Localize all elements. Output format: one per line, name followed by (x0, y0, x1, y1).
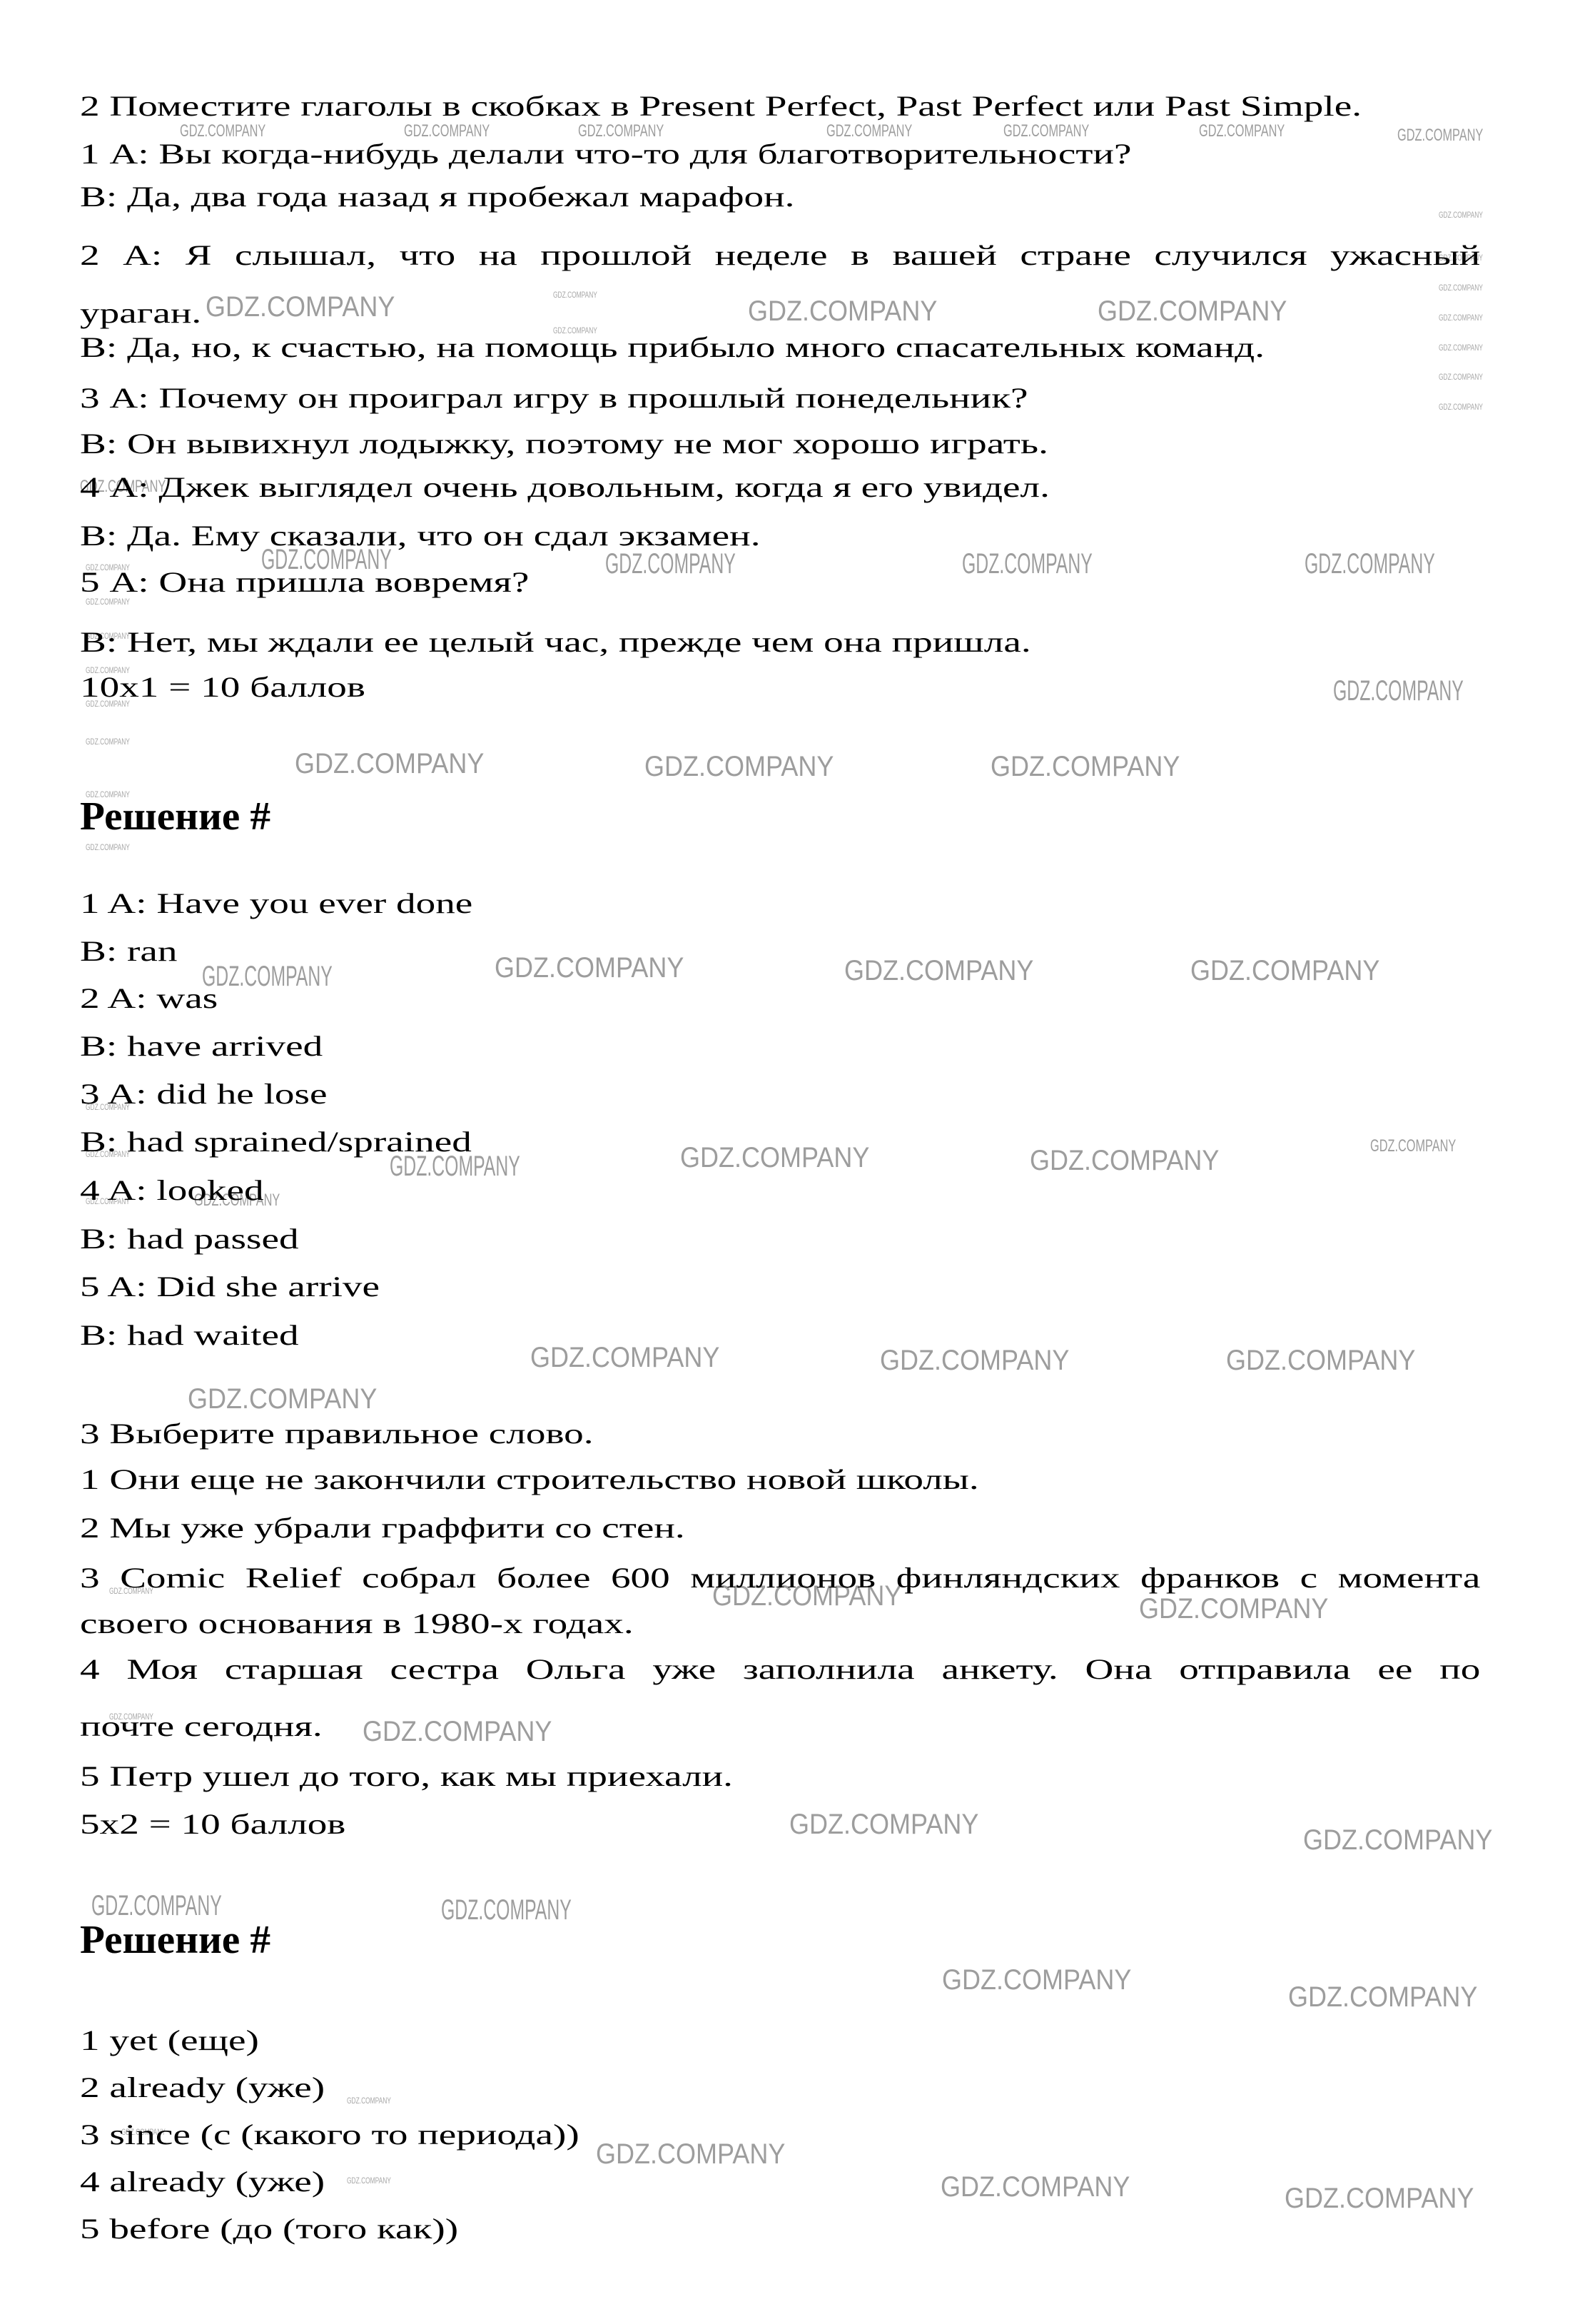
gdz-watermark: GDZ.COMPANY (363, 1716, 552, 1748)
dialogue-line: В: Нет, мы ждали ее целый час, прежде че… (80, 626, 769, 659)
sentence-line: 1 Они еще не закончили строительство нов… (80, 1463, 731, 1496)
answer-line: 2 A: was (80, 982, 180, 1015)
gdz-watermark: GDZ.COMPANY (644, 751, 834, 783)
gdz-watermark: GDZ.COMPANY (748, 295, 937, 328)
answer-line: 1 yet (еще) (80, 2024, 210, 2057)
gdz-watermark: GDZ.COMPANY (1226, 1345, 1415, 1377)
answer-line: B: have arrived (80, 1030, 256, 1063)
answer-line: 4 already (уже) (80, 2166, 258, 2198)
gdz-watermark: GDZ.COMPANY (1439, 313, 1483, 323)
gdz-watermark: GDZ.COMPANY (1333, 675, 1464, 707)
answer-line: B: ran (80, 935, 151, 968)
gdz-watermark: GDZ.COMPANY (941, 2171, 1130, 2203)
sentence-line: 2 Мы уже убрали граффити со стен. (80, 1512, 518, 1545)
gdz-watermark: GDZ.COMPANY (86, 737, 130, 747)
gdz-watermark: GDZ.COMPANY (789, 1809, 978, 1841)
answer-line: 1 A: Have you ever done (80, 887, 365, 920)
dialogue-line: 3 А: Почему он проиграл игру в прошлый п… (80, 382, 767, 415)
sentence-line: 3 Comic Relief собрал более 600 миллионо… (80, 1562, 1095, 1595)
gdz-watermark: GDZ.COMPANY (1439, 210, 1483, 220)
gdz-watermark: GDZ.COMPANY (1030, 1145, 1219, 1177)
dialogue-line: 1 А: Вы когда-нибудь делали что-то для б… (80, 138, 842, 171)
gdz-watermark: GDZ.COMPANY (942, 1964, 1131, 1996)
gdz-watermark: GDZ.COMPANY (1190, 955, 1379, 987)
task2-title: 2 Поместите глаголы в скобках в Present … (80, 90, 1008, 123)
answer-line: 5 before (до (того как)) (80, 2213, 354, 2245)
task2-title-text: 2 Поместите глаголы в скобках в Present … (80, 90, 1362, 123)
gdz-watermark: GDZ.COMPANY (1285, 2183, 1474, 2215)
gdz-watermark: GDZ.COMPANY (1439, 283, 1483, 293)
dialogue-line: В: Да, два года назад я пробежал марафон… (80, 181, 598, 213)
gdz-watermark: GDZ.COMPANY (1439, 372, 1483, 382)
gdz-watermark: GDZ.COMPANY (188, 1383, 377, 1415)
sentence-line: почте сегодня. (80, 1710, 255, 1743)
dialogue-line: 2 А: Я слышал, что на прошлой неделе в в… (80, 239, 1095, 272)
gdz-watermark: GDZ.COMPANY (680, 1142, 869, 1174)
gdz-watermark: GDZ.COMPANY (1305, 548, 1435, 580)
gdz-watermark: GDZ.COMPANY (605, 548, 736, 580)
gdz-watermark: GDZ.COMPANY (202, 961, 333, 993)
solution-header: Решение # (80, 794, 267, 839)
solution-header: Решение # (80, 1917, 267, 1963)
answer-line: B: had sprained/sprained (80, 1126, 364, 1158)
gdz-watermark: GDZ.COMPANY (596, 2138, 785, 2171)
gdz-watermark: GDZ.COMPANY (1199, 121, 1285, 141)
answer-line: 4 A: looked (80, 1174, 213, 1207)
answer-line: 5 A: Did she arrive (80, 1270, 297, 1303)
dialogue-line: 5 А: Она пришла вовремя? (80, 566, 405, 599)
dialogue-line: В: Да, но, к счастью, на помощь прибыло … (80, 331, 938, 364)
dialogue-line: 4 А: Джек выглядел очень довольным, когд… (80, 471, 783, 504)
gdz-watermark: GDZ.COMPANY (206, 291, 395, 323)
gdz-watermark: GDZ.COMPANY (1303, 1824, 1492, 1856)
answer-line: B: had waited (80, 1319, 238, 1352)
dialogue-line: В: Он вывихнул лодыжку, поэтому не мог х… (80, 428, 781, 460)
score-line: 5x2 = 10 баллов (80, 1808, 273, 1841)
sentence-line: 4 Моя старшая сестра Ольга уже заполнила… (80, 1653, 1095, 1686)
gdz-watermark: GDZ.COMPANY (1370, 1136, 1456, 1156)
gdz-watermark: GDZ.COMPANY (991, 751, 1180, 783)
answer-line: 3 since (с (какого то периода)) (80, 2118, 442, 2151)
gdz-watermark: GDZ.COMPANY (347, 2096, 391, 2106)
sentence-line: 5 Петр ушел до того, как мы приехали. (80, 1760, 553, 1793)
document-page: GDZ.COMPANY GDZ.COMPANY GDZ.COMPANY GDZ.… (0, 0, 1570, 2324)
gdz-watermark: GDZ.COMPANY (962, 548, 1093, 580)
dialogue-line: В: Да. Ему сказали, что он сдал экзамен. (80, 520, 573, 552)
gdz-watermark: GDZ.COMPANY (530, 1342, 719, 1374)
score-line: 10x1 = 10 баллов (80, 671, 287, 704)
gdz-watermark: GDZ.COMPANY (1439, 343, 1483, 353)
gdz-watermark: GDZ.COMPANY (553, 290, 597, 300)
gdz-watermark: GDZ.COMPANY (1098, 295, 1287, 328)
gdz-watermark: GDZ.COMPANY (347, 2176, 391, 2186)
gdz-watermark: GDZ.COMPANY (880, 1345, 1069, 1377)
answer-line: 3 A: did he lose (80, 1078, 259, 1111)
gdz-watermark: GDZ.COMPANY (1397, 126, 1483, 146)
sentence-line: своего основания в 1980-х годах. (80, 1607, 481, 1640)
answer-line: B: had passed (80, 1223, 238, 1256)
gdz-watermark: GDZ.COMPANY (495, 952, 684, 984)
dialogue-line: ураган. (80, 297, 168, 330)
gdz-watermark: GDZ.COMPANY (1139, 1593, 1328, 1625)
gdz-watermark: GDZ.COMPANY (844, 955, 1033, 987)
gdz-watermark: GDZ.COMPANY (441, 1894, 572, 1926)
gdz-watermark: GDZ.COMPANY (86, 842, 130, 852)
gdz-watermark: GDZ.COMPANY (1288, 1981, 1477, 2014)
gdz-watermark: GDZ.COMPANY (295, 748, 484, 780)
answer-line: 2 already (уже) (80, 2071, 258, 2104)
task3-title: 3 Выберите правильное слово. (80, 1418, 452, 1450)
gdz-watermark: GDZ.COMPANY (1439, 402, 1483, 412)
